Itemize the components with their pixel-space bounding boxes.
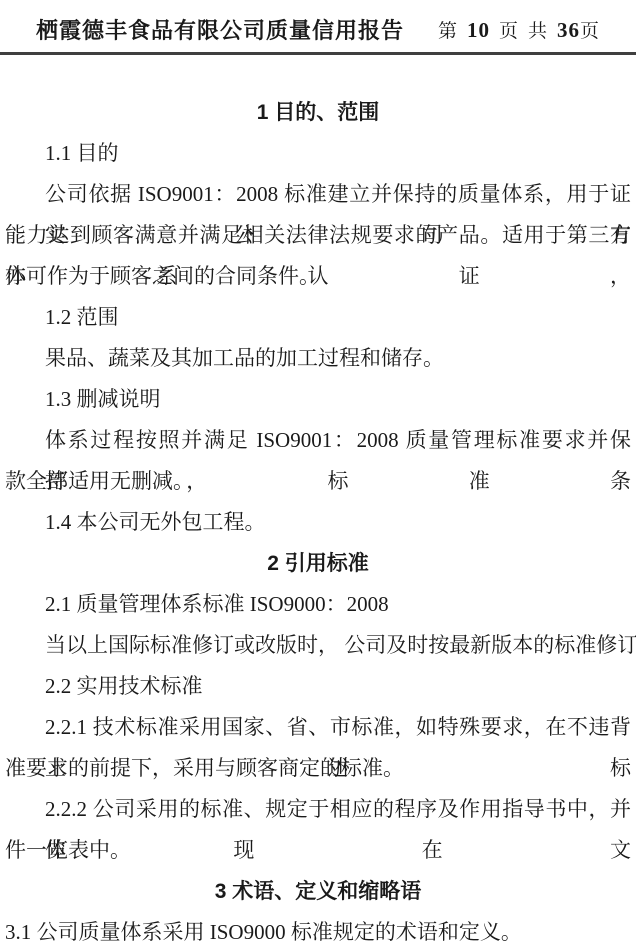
paragraph-line: 公司依据 ISO9001：2008 标准建立并保持的质量体系，用于证实公司有 [5, 174, 631, 215]
paragraph-line: 果品、蔬菜及其加工品的加工过程和储存。 [5, 338, 631, 379]
page-header: 栖霞德丰食品有限公司质量信用报告 第 10 页 共 36 页 [0, 0, 636, 52]
paragraph-line: 2.2.1 技术标准采用国家、省、市标准，如特殊要求，在不违背上述标 [5, 707, 631, 748]
paragraph-line: 1.4 本公司无外包工程。 [5, 502, 631, 543]
page-label-suffix: 页 [580, 16, 600, 43]
total-page-number: 36 [557, 18, 580, 43]
paragraph-line: 能力达到顾客满意并满足相关法律法规要求的产品。适用于第三方体系认证， [5, 215, 631, 256]
document-page: { "page": { "title": "栖霞德丰食品有限公司质量信用报告",… [0, 0, 636, 950]
document-body: 1 目的、范围1.1 目的公司依据 ISO9001：2008 标准建立并保持的质… [0, 55, 636, 950]
report-title: 栖霞德丰食品有限公司质量信用报告 [36, 14, 404, 45]
section-heading: 2 引用标准 [5, 543, 631, 584]
paragraph-line: 1.3 删减说明 [5, 379, 631, 420]
paragraph-line: 当以上国际标准修订或改版时， 公司及时按最新版本的标准修订体系。 [5, 625, 631, 666]
page-label-page: 页 [499, 16, 519, 43]
page-label-total: 共 [528, 16, 548, 43]
paragraph-line: 2.2 实用技术标准 [5, 666, 631, 707]
paragraph-line: 体系过程按照并满足 ISO9001：2008 质量管理标准要求并保持，标准条 [5, 420, 631, 461]
section-heading: 1 目的、范围 [5, 92, 631, 133]
paragraph-line: 1.1 目的 [5, 133, 631, 174]
current-page-number: 10 [467, 18, 490, 43]
page-label-prefix: 第 [438, 16, 458, 43]
paragraph-line: 1.2 范围 [5, 297, 631, 338]
section-heading: 3 术语、定义和缩略语 [5, 871, 631, 912]
paragraph-line: 3.1 公司质量体系采用 ISO9000 标准规定的术语和定义。 [5, 912, 631, 950]
paragraph-line: 2.1 质量管理体系标准 ISO9000：2008 [5, 584, 631, 625]
paragraph-line: 2.2.2 公司采用的标准、规定于相应的程序及作用指导书中，并体现在文 [5, 789, 631, 830]
page-number-indicator: 第 10 页 共 36 页 [438, 16, 600, 43]
